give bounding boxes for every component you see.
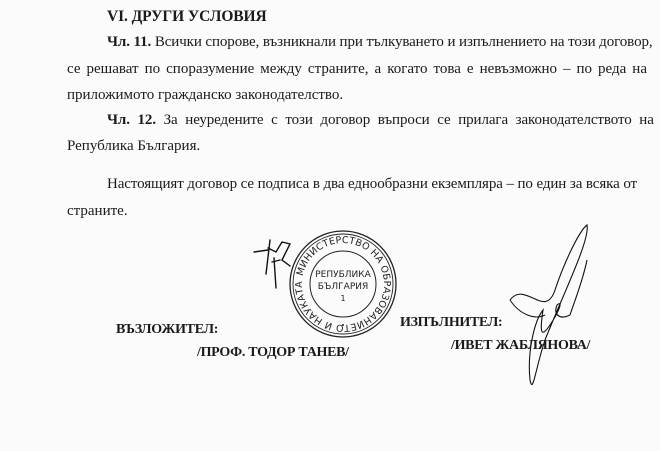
article-11-line-2: се решават по споразумение между странит…: [67, 61, 647, 78]
article-12-label: Чл. 12.: [107, 112, 156, 128]
section-heading: VI. ДРУГИ УСЛОВИЯ: [107, 8, 267, 26]
article-11-label: Чл. 11.: [107, 34, 151, 50]
closing-line-1: Настоящият договор се подписа в два едно…: [107, 176, 637, 193]
stamp-center-line-1: РЕПУБЛИКА: [315, 270, 371, 280]
official-stamp-icon: МИНИСТЕРСТВО НА ОБРАЗОВАНИЕТО И НАУКАТА …: [288, 229, 398, 339]
article-11-text: Всички спорове, възникнали при тълкуване…: [155, 34, 653, 50]
contract-page: VI. ДРУГИ УСЛОВИЯ Чл. 11. Всички спорове…: [0, 0, 660, 451]
contractor-name: /ИВЕТ ЖАБЛЯНОВА/: [451, 338, 590, 354]
article-12-line-2: Република България.: [67, 138, 647, 155]
contractor-label: ИЗПЪЛНИТЕЛ:: [400, 315, 502, 331]
article-12-first-line: Чл. 12. За неуредените с този договор въ…: [107, 112, 654, 129]
article-11-line-3: приложимото гражданско законодателство.: [67, 87, 647, 104]
closing-line-2: страните.: [67, 203, 647, 220]
article-11-first-line: Чл. 11. Всички спорове, възникнали при т…: [107, 34, 653, 51]
contractor-signature-icon: [505, 220, 605, 400]
stamp-center-line-3: 1: [340, 294, 345, 303]
assignor-label: ВЪЗЛОЖИТЕЛ:: [116, 322, 218, 338]
assignor-name: /ПРОФ. ТОДОР ТАНЕВ/: [197, 345, 349, 361]
article-12-text: За неуредените с този договор въпроси се…: [164, 112, 654, 128]
stamp-center-line-2: БЪЛГАРИЯ: [318, 282, 369, 292]
